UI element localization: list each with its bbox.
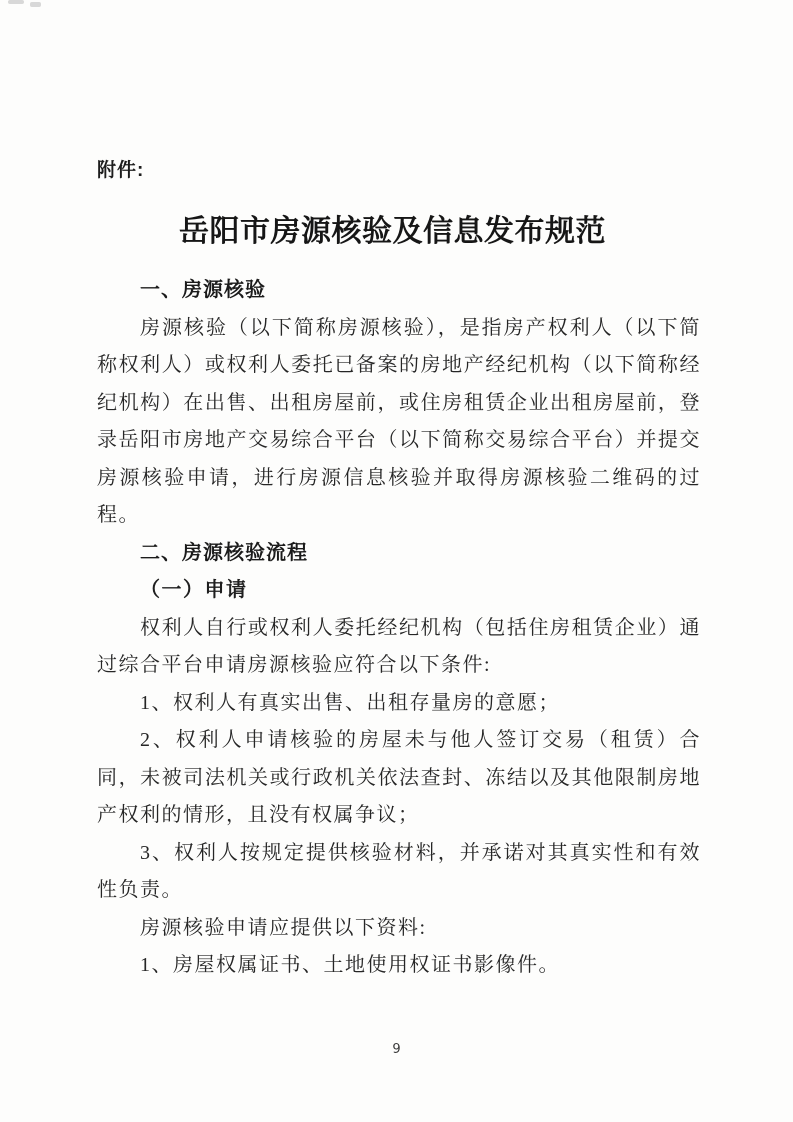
paragraph-materials-intro: 房源核验申请应提供以下资料: <box>97 910 701 948</box>
document-page: 附件: 岳阳市房源核验及信息发布规范 一、房源核验 房源核验（以下简称房源核验）… <box>0 0 793 1122</box>
document-body: 一、房源核验 房源核验（以下简称房源核验），是指房产权利人（以下简称权利人）或权… <box>97 272 701 985</box>
condition-item-1: 1、权利人有真实出售、出租存量房的意愿； <box>97 685 701 723</box>
paragraph-conditions-intro: 权利人自行或权利人委托经纪机构（包括住房租赁企业）通过综合平台申请房源核验应符合… <box>97 610 701 685</box>
attachment-label: 附件: <box>97 155 144 182</box>
page-number: 9 <box>0 1042 793 1057</box>
section-heading-1: 一、房源核验 <box>97 272 701 310</box>
condition-item-2: 2、权利人申请核验的房屋未与他人签订交易（租赁）合同，未被司法机关或行政机关依法… <box>97 722 701 835</box>
subsection-heading-application: （一）申请 <box>97 572 701 610</box>
document-title: 岳阳市房源核验及信息发布规范 <box>0 206 785 250</box>
paragraph-definition: 房源核验（以下简称房源核验），是指房产权利人（以下简称权利人）或权利人委托已备案… <box>97 310 701 535</box>
material-item-1: 1、房屋权属证书、土地使用权证书影像件。 <box>97 947 701 985</box>
section-heading-2: 二、房源核验流程 <box>97 535 701 573</box>
scan-speck <box>8 0 24 4</box>
condition-item-3: 3、权利人按规定提供核验材料，并承诺对其真实性和有效性负责。 <box>97 835 701 910</box>
scan-speck <box>30 2 41 7</box>
